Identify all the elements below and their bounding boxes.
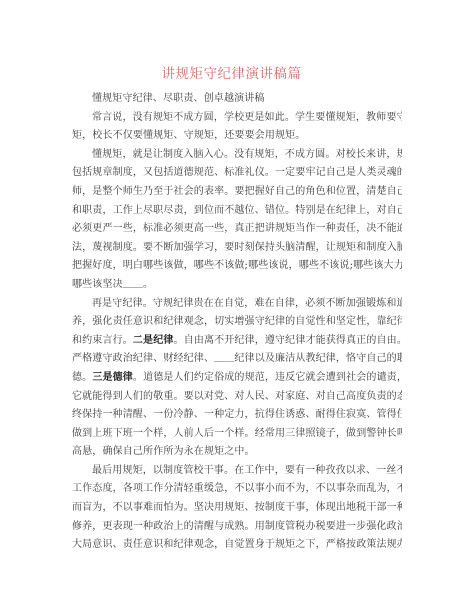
text-line: 包括规章制度，又包括道德规范、标准礼仪。一定要牢记自己是人类灵魂的工程 — [72, 164, 402, 183]
text-line: 法，蔑视制度。要不断加强学习，要时刻保持头脑清醒，让规矩和制度入脑入心， — [72, 239, 402, 258]
text-span: 和约束言行。 — [72, 335, 133, 346]
text-span: 德。 — [72, 372, 92, 383]
text-line: 常言说，没有规矩不成方圆，学校更是如此。学生要懂规矩，教师要守规 — [72, 109, 402, 128]
text-line: 矩，校长不仅要懂规矩、守规矩，还要要会用规矩。 — [72, 127, 402, 146]
text-line: 最后用规矩，以制度管校干事。在工作中，要有一种孜孜以求、一丝不苟的 — [72, 462, 402, 481]
bold-heading-phrase: 三是德律 — [92, 372, 133, 383]
text-line: 哪些该坚决＿＿。 — [72, 276, 402, 295]
text-line: 工作态度，各项工作分清轻重缓急，不以事小而不为，不以事杂而乱为，不以事急 — [72, 480, 402, 499]
text-line: 把握好度，明白哪些该做，哪些不该做;哪些该说，哪些不该说;哪些该大力提倡， — [72, 257, 402, 276]
text-line: 修养，更表现一种政治上的清醒与成熟。用制度管税办税要进一步强化政治意识、 — [72, 518, 402, 537]
paragraph-lines: 常言说，没有规矩不成方圆，学校更是如此。学生要懂规矩，教师要守规矩，校长不仅要懂… — [72, 109, 402, 555]
document-page: 讲规矩守纪律演讲稿篇 懂规矩守纪律、尽职责、创卓越演讲稿 常言说，没有规矩不成方… — [0, 0, 463, 600]
text-line: 养，强化责任意识和纪律观念，切实增强守纪律的自觉性和坚定性，靠纪律来规范 — [72, 313, 402, 332]
text-line: 必须更严一些，标准必须更高一些，真正把讲规矩当作一种责任，决不能逾越章 — [72, 220, 402, 239]
text-span: 。道德是人们约定俗成的规范，违反它就会遭到社会的谴责，敬畏 — [133, 372, 402, 383]
text-line: 德。三是德律。道德是人们约定俗成的规范，违反它就会遭到社会的谴责，敬畏 — [72, 369, 402, 388]
text-line: 而盲为，不以事难而怕为。坚决用规矩、按制度干事，体现出地税干部一种品德和 — [72, 499, 402, 518]
text-span: 。自由离不开纪律，遵守纪律才能获得真正的自由。必须 — [174, 335, 402, 346]
text-line: 师，是整个师生乃至于社会的表率。要把握好自己的角色和位置，清楚自己的身份 — [72, 183, 402, 202]
bold-heading-phrase: 二是纪律 — [133, 335, 174, 346]
text-line: 做到上班下班一个样，人前人后一个样。经常用三律照镜子，做到警钟长鸣、警示 — [72, 425, 402, 444]
text-line: 严格遵守政治纪律、财经纪律、＿＿纪律以及廉洁从教纪律，恪守自己的职业道 — [72, 350, 402, 369]
text-line: 它就能得到人们的敬重。要以对党、对人民、对家庭、对自己高度负责的态度，始 — [72, 388, 402, 407]
text-line: 终保持一种清醒、一份冷静、一种定力，抗得住诱惑、耐得住寂寞、管得住小节， — [72, 406, 402, 425]
text-line: 再是守纪律。守规纪律贵在在自觉，难在自律，必须不断加强锻炼和道德修 — [72, 295, 402, 314]
document-subtitle: 懂规矩守纪律、尽职责、创卓越演讲稿 — [72, 90, 402, 109]
text-line: 和约束言行。二是纪律。自由离不开纪律，遵守纪律才能获得真正的自由。必须 — [72, 332, 402, 351]
document-body: 懂规矩守纪律、尽职责、创卓越演讲稿 常言说，没有规矩不成方圆，学校更是如此。学生… — [72, 90, 402, 555]
text-line: 和职责，工作上尽职尽责，到位而不越位、错位。特别是在纪律上，对自己的要求 — [72, 202, 402, 221]
document-title: 讲规矩守纪律演讲稿篇 — [0, 62, 463, 82]
text-line: 高悬，确保自己所作所为永在规矩之中。 — [72, 443, 402, 462]
text-line: 懂规矩，就是让制度入脑入心。没有规矩，不成方圆。对校长来讲，规矩既 — [72, 146, 402, 165]
text-line: 大局意识、责任意识和纪律观念，自觉置身于规矩之下，严格按政策法规办事，按 — [72, 536, 402, 555]
